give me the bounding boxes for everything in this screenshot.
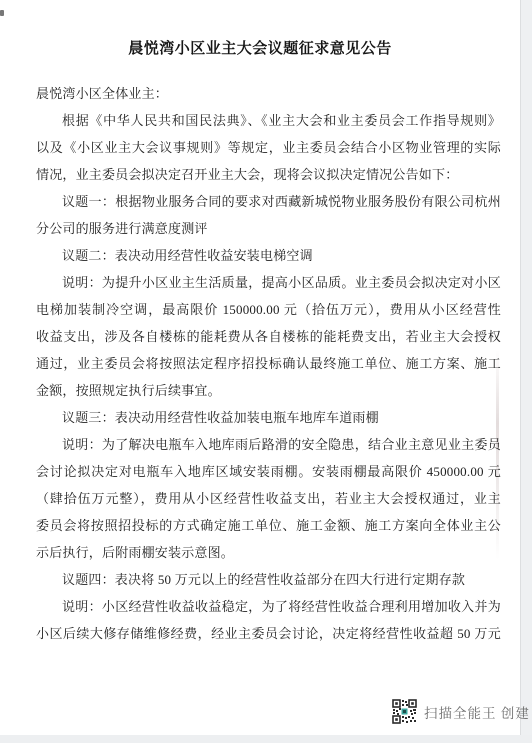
watermark-label: 扫描全能王 创建: [424, 702, 530, 722]
doc-line: 议题四：表决将 50 万元以上的经营性收益部分在四大行进行定期存款: [36, 566, 501, 593]
scan-artifact-speck: [0, 10, 4, 16]
doc-line: 收益支出，涉及各自楼栋的能耗费从各自楼栋的能耗费支出，若业主大会授权: [36, 323, 501, 350]
doc-line: 电梯加装制冷空调，最高限价 150000.00 元（拾伍万元），费用从小区经营性: [36, 296, 501, 323]
doc-line: 根据《中华人民共和国民法典》、《业主大会和业主委员会工作指导规则》: [36, 107, 501, 134]
scan-edge-right: [520, 0, 532, 743]
doc-line: 分公司的服务进行满意度测评: [36, 215, 501, 242]
document-title: 晨悦湾小区业主大会议题征求意见公告: [0, 37, 520, 58]
camscanner-watermark: 扫描全能王 创建: [392, 699, 530, 724]
doc-line: 议题二：表决动用经营性收益安装电梯空调: [36, 242, 501, 269]
doc-line: 会讨论拟决定对电瓶车入地库区域安装雨棚。安装雨棚最高限价 450000.00 元: [36, 458, 501, 485]
doc-line: 委员会将按照招投标的方式确定施工单位、施工金额、施工方案向全体业主公: [36, 512, 501, 539]
scanned-document: 晨悦湾小区业主大会议题征求意见公告 晨悦湾小区全体业主：根据《中华人民共和国民法…: [0, 0, 532, 743]
qr-code-icon: [392, 699, 417, 724]
doc-line: 议题一：根据物业服务合同的要求对西藏新城悦物业服务股份有限公司杭州: [36, 188, 501, 215]
doc-line: 说明：为了解决电瓶车入地库雨后路滑的安全隐患，结合业主意见业主委员: [36, 431, 501, 458]
doc-line: 说明：为提升小区业主生活质量，提高小区品质。业主委员会拟决定对小区: [36, 269, 501, 296]
document-body: 晨悦湾小区全体业主：根据《中华人民共和国民法典》、《业主大会和业主委员会工作指导…: [36, 80, 501, 647]
scan-edge-bottom: [0, 735, 532, 743]
doc-line: 通过，业主委员会将按照法定程序招投标确认最终施工单位、施工方案、施工: [36, 350, 501, 377]
doc-line: 金额，按照规定执行后续事宜。: [36, 377, 501, 404]
doc-line: 晨悦湾小区全体业主：: [36, 80, 501, 107]
doc-line: 小区后续大修存储维修经费，经业主委员会讨论，决定将经营性收益超 50 万元: [36, 620, 501, 647]
doc-line: （肆拾伍万元整），费用从小区经营性收益支出，若业主大会授权通过，业主: [36, 485, 501, 512]
doc-line: 议题三：表决动用经营性收益加装电瓶车地库车道雨棚: [36, 404, 501, 431]
doc-line: 说明：小区经营性收益收益稳定，为了将经营性收益合理利用增加收入并为: [36, 593, 501, 620]
doc-line: 以及《小区业主大会议事规则》等规定，业主委员会结合小区物业管理的实际: [36, 134, 501, 161]
doc-line: 示后执行，后附雨棚安装示意图。: [36, 539, 501, 566]
doc-line: 情况，业主委员会拟决定召开业主大会，现将会议拟决定情况公告如下：: [36, 161, 501, 188]
